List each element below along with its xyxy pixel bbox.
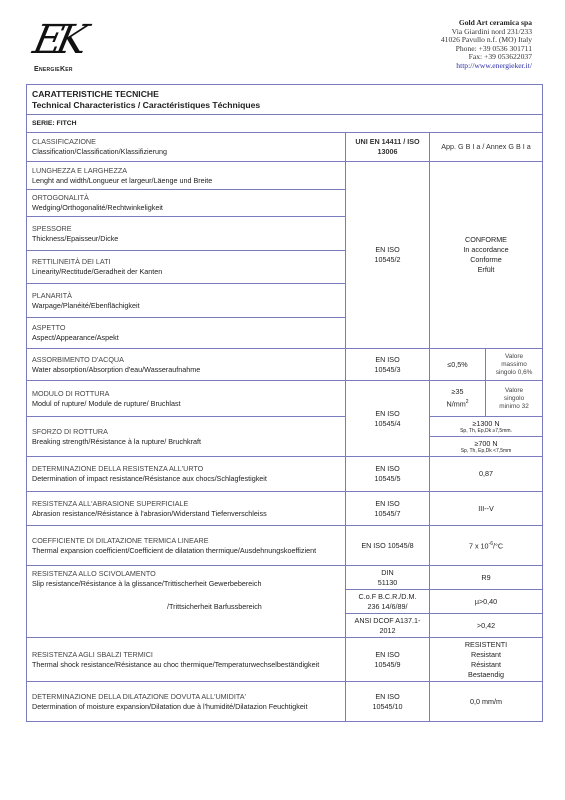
value-line: ≥700 N — [435, 439, 537, 448]
logo-brand: EnergieKer — [34, 66, 73, 73]
dimensional-value: CONFORMEIn accordanceConformeErfült — [430, 162, 543, 349]
row-label-en: Modul of rupture/ Module de rupture/ Bru… — [32, 399, 340, 409]
row-label-it: RESISTENZA ALLO SCIVOLAMENTO — [32, 569, 340, 579]
rottura-norm: EN ISO10545/4 — [346, 381, 430, 457]
row-label-it: DETERMINAZIONE DELLA DILATAZIONE DOVUTA … — [32, 692, 340, 702]
norm-line: EN ISO — [351, 355, 424, 365]
row-norm: EN ISO10545/7 — [346, 492, 430, 526]
norm-line: DIN — [351, 568, 424, 578]
company-info: Gold Art ceramica spa Via Giardini nord … — [441, 19, 532, 71]
note-line: Valore — [491, 353, 537, 361]
note-line: massimo — [491, 361, 537, 369]
row-value: 0,0 mm/m — [430, 682, 543, 722]
row-label-it: ORTOGONALITÀ — [32, 193, 340, 203]
norm-line: 10545/2 — [351, 255, 424, 265]
row-norm: DIN51130 — [346, 566, 430, 590]
note-line: singolo 0,6% — [491, 369, 537, 377]
row-value: RESISTENTIResistantRésistantBestaendig — [430, 638, 543, 682]
norm-line: 10545/3 — [351, 365, 424, 375]
row-label-en: Thermal shock resistance/Résistance au c… — [32, 660, 340, 670]
value-line: Conforme — [435, 255, 537, 265]
title-en: Technical Characteristics / Caractéristi… — [32, 100, 537, 111]
row-note: Valoresingolominimo 32 — [486, 381, 543, 417]
row-label-en: Breaking strength/Résistance à la ruptur… — [32, 437, 340, 447]
row-label-en: Determination of moisture expansion/Dila… — [32, 702, 340, 712]
value-line: ≥35 — [435, 387, 480, 397]
row-label-en-barefoot: /Trittsicherheit Barfussbereich — [32, 602, 340, 612]
row-label-it: DETERMINAZIONE DELLA RESISTENZA ALL'URTO — [32, 464, 340, 474]
value-line: Résistant — [435, 660, 537, 670]
norm-line: EN ISO — [351, 499, 424, 509]
row-label-it: CLASSIFICAZIONE — [32, 137, 340, 147]
row-norm: UNI EN 14411 / ISO 13006 — [346, 133, 430, 162]
row-label-en: Thickness/Epaisseur/Dicke — [32, 234, 340, 244]
value-unit: N/mm — [447, 400, 466, 409]
row-label-en: Classification/Classification/Klassifizi… — [32, 147, 340, 157]
serie-label: SERIE: FITCH — [27, 115, 543, 133]
norm-line: EN ISO — [351, 464, 424, 474]
value-line: Bestaendig — [435, 670, 537, 680]
value-line: ≥1300 N — [435, 419, 537, 428]
row-value: 0,87 — [430, 457, 543, 492]
row-label-it: LUNGHEZZA E LARGHEZZA — [32, 166, 340, 176]
row-norm: EN ISO10545/5 — [346, 457, 430, 492]
norm-line: ANSI DCOF A137.1- — [351, 616, 424, 626]
row-label-en: Abrasion resistance/Résistance à l'abras… — [32, 509, 340, 519]
row-value: >0,42 — [430, 614, 543, 638]
row-value: App. G B I a / Annex G B I a — [430, 133, 543, 162]
row-label-en: Water absorption/Absorption d'eau/Wasser… — [32, 365, 340, 375]
table-row: DETERMINAZIONE DELLA DILATAZIONE DOVUTA … — [27, 682, 543, 722]
table-title: CARATTERISTICHE TECNICHE Technical Chara… — [27, 85, 543, 115]
value-line: Resistant — [435, 650, 537, 660]
row-norm: EN ISO10545/10 — [346, 682, 430, 722]
row-label-it: ASSORBIMENTO D'ACQUA — [32, 355, 340, 365]
row-label-it: MODULO DI ROTTURA — [32, 389, 340, 399]
row-value: ≤0,5% — [430, 349, 486, 381]
note-line: Valore — [491, 387, 537, 395]
row-label-it: SPESSORE — [32, 224, 340, 234]
value-note: Sp, Th, Ep,Dk ≥7,5mm. — [435, 428, 537, 435]
row-label-it: ASPETTO — [32, 323, 340, 333]
logo-mark: EK — [29, 18, 85, 62]
norm-line: 10545/7 — [351, 509, 424, 519]
value-base: 7 x 10 — [469, 542, 489, 551]
row-label-en: Determination of impact resistance/Résis… — [32, 474, 340, 484]
norm-line: EN ISO — [351, 409, 424, 419]
norm-line: 2012 — [351, 626, 424, 636]
note-line: singolo — [491, 395, 537, 403]
row-value: ≥1300 NSp, Th, Ep,Dk ≥7,5mm. — [430, 417, 543, 437]
company-website-link[interactable]: http://www.energieker.it/ — [441, 62, 532, 71]
table-row: CLASSIFICAZIONEClassification/Classifica… — [27, 133, 543, 162]
value-superscript: 2 — [466, 399, 469, 405]
value-line: Erfült — [435, 265, 537, 275]
norm-line: EN ISO — [351, 245, 424, 255]
value-line: In accordance — [435, 245, 537, 255]
table-row: RESISTENZA ALLO SCIVOLAMENTOSlip resista… — [27, 566, 543, 590]
value-line: RESISTENTI — [435, 640, 537, 650]
table-row: SFORZO DI ROTTURABreaking strength/Résis… — [27, 417, 543, 437]
row-label-en: Lenght and width/Longueur et largeur/Läe… — [32, 176, 340, 186]
note-line: minimo 32 — [491, 403, 537, 411]
row-value: III--V — [430, 492, 543, 526]
company-logo: EK EnergieKer — [28, 18, 98, 78]
norm-line: C.o.F B.C.R./D.M. — [351, 592, 424, 602]
title-it: CARATTERISTICHE TECNICHE — [32, 89, 537, 100]
row-value: R9 — [430, 566, 543, 590]
table-row: DETERMINAZIONE DELLA RESISTENZA ALL'URTO… — [27, 457, 543, 492]
row-label-it: RESISTENZA AGLI SBALZI TERMICI — [32, 650, 340, 660]
row-norm: ANSI DCOF A137.1-2012 — [346, 614, 430, 638]
technical-characteristics-table: CARATTERISTICHE TECNICHE Technical Chara… — [26, 84, 543, 722]
row-norm: C.o.F B.C.R./D.M.236 14/6/89/ — [346, 590, 430, 614]
row-value: 7 x 10-6/°C — [430, 526, 543, 566]
value-note: Sp, Th, Ep,Dk <7,5mm — [435, 448, 537, 455]
row-label-it: SFORZO DI ROTTURA — [32, 427, 340, 437]
norm-line: EN ISO — [351, 650, 424, 660]
row-note: Valoremassimosingolo 0,6% — [486, 349, 543, 381]
row-label-en: Aspect/Appearance/Aspekt — [32, 333, 340, 343]
row-norm: EN ISO10545/3 — [346, 349, 430, 381]
row-label-it: COEFFICIENTE DI DILATAZIONE TERMICA LINE… — [32, 536, 340, 546]
value-line: CONFORME — [435, 235, 537, 245]
value-unit: /°C — [493, 542, 503, 551]
norm-line: 236 14/6/89/ — [351, 602, 424, 612]
row-label-en: Linearity/Rectitude/Geradheit der Kanten — [32, 267, 340, 277]
row-value: ≥700 NSp, Th, Ep,Dk <7,5mm — [430, 437, 543, 457]
table-row: COEFFICIENTE DI DILATAZIONE TERMICA LINE… — [27, 526, 543, 566]
norm-line: 10545/4 — [351, 419, 424, 429]
table-row: ASSORBIMENTO D'ACQUAWater absorption/Abs… — [27, 349, 543, 381]
norm-line: 10545/9 — [351, 660, 424, 670]
row-value: ≥35N/mm2 — [430, 381, 486, 417]
row-label-en: Thermal expansion coefficient/Coefficien… — [32, 546, 340, 556]
row-label-en: Slip resistance/Résistance à la glissanc… — [32, 579, 340, 589]
norm-line: 10545/10 — [351, 702, 424, 712]
row-label-en: Wedging/Orthogonalité/Rechtwinkeligkeit — [32, 203, 340, 213]
row-label-en: Warpage/Planéité/Ebenflächigkeit — [32, 301, 340, 311]
row-value: µ>0,40 — [430, 590, 543, 614]
row-norm: EN ISO10545/9 — [346, 638, 430, 682]
table-row: RESISTENZA AGLI SBALZI TERMICIThermal sh… — [27, 638, 543, 682]
norm-line: 10545/5 — [351, 474, 424, 484]
row-label-it: RESISTENZA ALL'ABRASIONE SUPERFICIALE — [32, 499, 340, 509]
row-label-it: RETTILINEITÀ DEI LATI — [32, 257, 340, 267]
table-row: RESISTENZA ALL'ABRASIONE SUPERFICIALEAbr… — [27, 492, 543, 526]
norm-line: EN ISO — [351, 692, 424, 702]
dimensional-norm: EN ISO10545/2 — [346, 162, 430, 349]
row-norm: EN ISO 10545/8 — [346, 526, 430, 566]
row-label-it: PLANARITÀ — [32, 291, 340, 301]
table-row: LUNGHEZZA E LARGHEZZALenght and width/Lo… — [27, 162, 543, 190]
norm-line: 51130 — [351, 578, 424, 588]
table-row: MODULO DI ROTTURAModul of rupture/ Modul… — [27, 381, 543, 417]
